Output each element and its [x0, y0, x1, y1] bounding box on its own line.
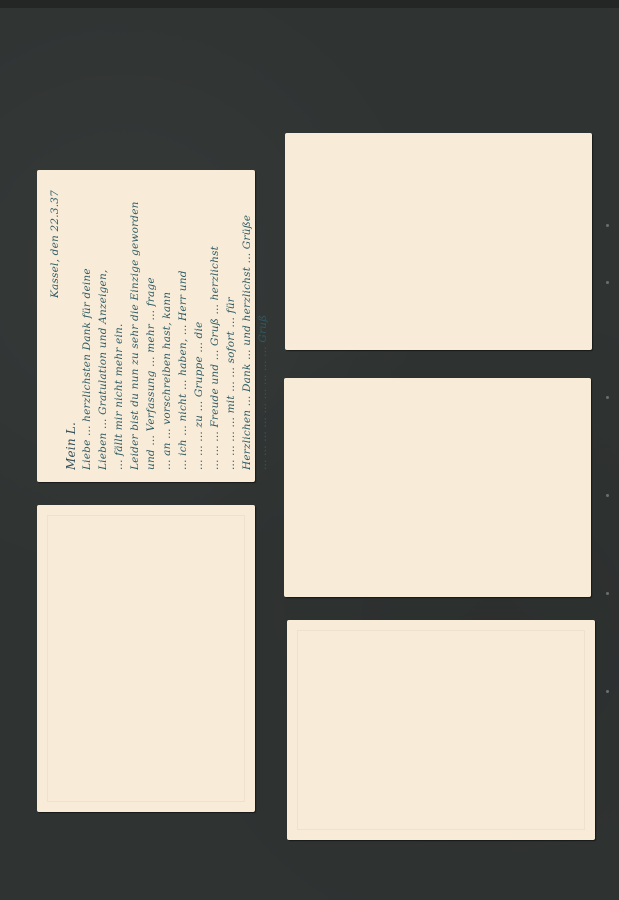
- handwritten-postcard: Kassel, den 22.3.37 Mein L. Liebe ... he…: [37, 170, 255, 482]
- handwriting-line: ... an ... vorschreiben hast, kann: [159, 182, 175, 470]
- blank-postcard-middle-right: [284, 378, 591, 597]
- binding-hole: [606, 494, 609, 497]
- blank-postcard-bottom-right: [287, 620, 595, 840]
- handwriting-line: Lieben ... Gratulation und Anzeigen,: [95, 182, 111, 470]
- place-date-line: Kassel, den 22.3.37: [47, 182, 63, 470]
- binding-hole: [606, 224, 609, 227]
- salutation: Mein L.: [63, 182, 79, 470]
- page-top-edge: [0, 0, 619, 8]
- blank-postcard-top-right: [285, 133, 592, 350]
- binding-hole: [606, 281, 609, 284]
- handwriting-line: ... ... ... ... mit ... ... sofort ... f…: [223, 182, 239, 470]
- handwriting-line: und ... Verfassung ... mehr ... frage: [143, 182, 159, 470]
- handwriting-line: ... ... ... Freude und ... Gruß ... herz…: [207, 182, 223, 470]
- binding-hole: [606, 690, 609, 693]
- handwriting-line: Herzlichen ... Dank ... und herzlichst .…: [239, 182, 255, 470]
- binding-hole: [606, 592, 609, 595]
- handwriting-line: ... ... ... ... ... ... ... ... ... Gruß: [255, 182, 271, 470]
- handwriting-line: ... fällt mir nicht mehr ein.: [111, 182, 127, 470]
- handwriting-line: ... ... ... zu ... Gruppe ... die: [191, 182, 207, 470]
- handwriting-line: Leider bist du nun zu sehr die Einzige g…: [127, 182, 143, 470]
- handwriting-line: ... ich ... nicht ... haben, ... Herr un…: [175, 182, 191, 470]
- handwriting-line: Liebe ... herzlichsten Dank für deine: [79, 182, 95, 470]
- binding-hole: [606, 396, 609, 399]
- blank-postcard-portrait: [37, 505, 255, 812]
- handwritten-message: Kassel, den 22.3.37 Mein L. Liebe ... he…: [37, 170, 255, 482]
